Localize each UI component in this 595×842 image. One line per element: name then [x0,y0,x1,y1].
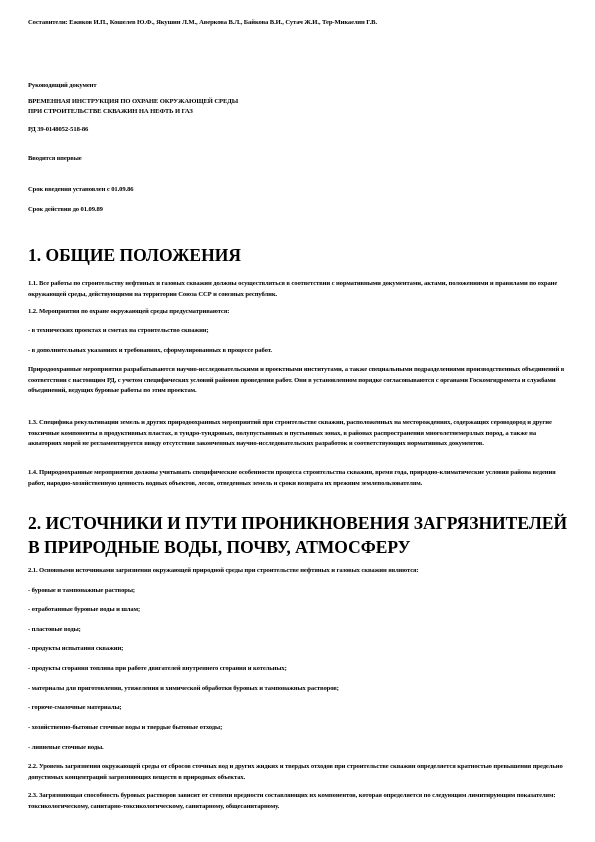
list-item: - материалы для приготовления, утяжелени… [28,684,568,695]
paragraph-1-1: 1.1. Все работы по строительству нефтяны… [28,279,568,300]
document-page: Составители: Ежиков И.П., Кошелев Ю.Ф., … [0,0,595,842]
bullet-technical-projects: - в технических проектах и сметах на стр… [28,326,568,337]
paragraph-1-2: 1.2. Мероприятия по охране окружающей ср… [28,307,568,318]
list-item: - буровые и тампонажные растворы; [28,586,568,597]
document-type: Руководящий документ [28,81,568,92]
list-item: - продукты испытания скважин; [28,644,568,655]
list-item: - продукты сгорания топлива при работе д… [28,664,568,675]
list-item: - пластовые воды; [28,625,568,636]
list-item: - отработанные буровые воды и шлам; [28,605,568,616]
section-2-heading-line-1: 2. ИСТОЧНИКИ И ПУТИ ПРОНИКНОВЕНИЯ ЗАГРЯЗ… [28,511,588,535]
document-title-line-2: ПРИ СТРОИТЕЛЬСТВЕ СКВАЖИН НА НЕФТЬ И ГАЗ [28,107,568,118]
paragraph-2-2: 2.2. Уровень загрязнения окружающей сред… [28,762,568,783]
paragraph-nature-measures: Природоохранные мероприятия разрабатываю… [28,365,568,397]
section-1-heading: 1. ОБЩИЕ ПОЛОЖЕНИЯ [28,243,588,267]
effective-to: Срок действия до 01.09.89 [28,205,568,216]
introduced-note: Вводится впервые [28,154,568,165]
bullet-additional-requirements: - в дополнительных указаниях и требовани… [28,346,568,357]
paragraph-2-3: 2.3. Загрязняющая способность буровых ра… [28,791,568,812]
authors-line: Составители: Ежиков И.П., Кошелев Ю.Ф., … [28,18,568,29]
section-2-heading-line-2: В ПРИРОДНЫЕ ВОДЫ, ПОЧВУ, АТМОСФЕРУ [28,535,588,559]
paragraph-1-3: 1.3. Специфика рекультивации земель и др… [28,418,568,450]
paragraph-1-4: 1.4. Природоохранные мероприятия должны … [28,468,568,489]
list-item: - ливневые сточные воды. [28,743,568,754]
effective-from: Срок введения установлен с 01.09.86 [28,185,568,196]
document-code: РД 39-0148052-518-86 [28,125,568,136]
paragraph-2-1: 2.1. Основными источниками загрязнения о… [28,566,568,577]
document-title-line-1: ВРЕМЕННАЯ ИНСТРУКЦИЯ ПО ОХРАНЕ ОКРУЖАЮЩЕ… [28,97,568,108]
list-item: - горюче-смазочные материалы; [28,703,568,714]
list-item: - хозяйственно-бытовые сточные воды и тв… [28,723,568,734]
